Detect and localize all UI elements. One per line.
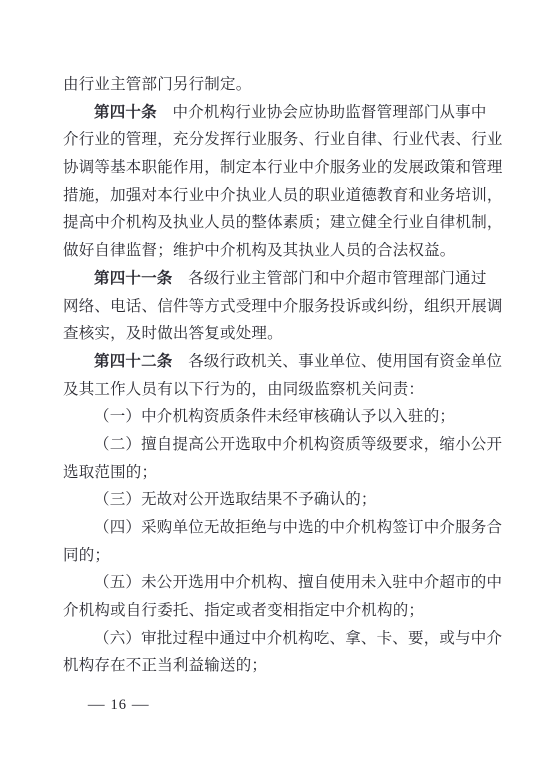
line-text: 网络、电话、信件等方式受理中介服务投诉或纠纷，组织开展调: [63, 298, 503, 315]
line-text: 介行业的管理，充分发挥行业服务、行业自律、行业代表、行业: [63, 131, 503, 148]
text-line: 第四十二条 各级行政机关、事业单位、使用国有资金单位: [63, 348, 503, 376]
text-line: 网络、电话、信件等方式受理中介服务投诉或纠纷，组织开展调: [63, 293, 503, 321]
text-line: （三）无故对公开选取结果不予确认的；: [63, 486, 503, 514]
line-text: 同的；: [63, 547, 110, 564]
text-line: 第四十一条 各级行业主管部门和中介超市管理部门通过: [63, 265, 503, 293]
text-line: 做好自律监督；维护中介机构及其执业人员的合法权益。: [63, 237, 503, 265]
text-line: 选取范围的；: [63, 459, 503, 487]
text-line: （五）未公开选用中介机构、擅自使用未入驻中介超市的中: [63, 569, 503, 597]
line-text: 机构存在不正当利益输送的；: [63, 657, 267, 674]
document-lines: 由行业主管部门另行制定。第四十条 中介机构行业协会应协助监督管理部门从事中介行业…: [63, 71, 503, 680]
text-line: 措施，加强对本行业中介执业人员的职业道德教育和业务培训，: [63, 182, 503, 210]
line-text: 介机构或自行委托、指定或者变相指定中介机构的；: [63, 602, 424, 619]
line-text: 做好自律监督；维护中介机构及其执业人员的合法权益。: [63, 242, 456, 259]
text-line: （四）采购单位无故拒绝与中选的中介机构签订中介服务合: [63, 514, 503, 542]
text-line: （二）擅自提高公开选取中介机构资质等级要求，缩小公开: [63, 431, 503, 459]
page-footer: —16—: [83, 697, 155, 714]
text-line: 介行业的管理，充分发挥行业服务、行业自律、行业代表、行业: [63, 126, 503, 154]
text-line: 提高中介机构及执业人员的整体素质；建立健全行业自律机制，: [63, 209, 503, 237]
text-line: 及其工作人员有以下行为的，由同级监察机关问责：: [63, 376, 503, 404]
text-line: （六）审批过程中通过中介机构吃、拿、卡、要，或与中介: [63, 625, 503, 653]
line-text: （一）中介机构资质条件未经审核确认予以入驻的；: [94, 408, 455, 425]
clause-number: 第四十二条: [94, 353, 173, 370]
line-text: 各级行政机关、事业单位、使用国有资金单位: [173, 353, 503, 370]
clause-number: 第四十一条: [94, 270, 173, 287]
text-line: 第四十条 中介机构行业协会应协助监督管理部门从事中: [63, 99, 503, 127]
text-line: 介机构或自行委托、指定或者变相指定中介机构的；: [63, 597, 503, 625]
text-line: （一）中介机构资质条件未经审核确认予以入驻的；: [63, 403, 503, 431]
text-line: 同的；: [63, 542, 503, 570]
line-text: （六）审批过程中通过中介机构吃、拿、卡、要，或与中介: [94, 630, 502, 647]
line-text: （二）擅自提高公开选取中介机构资质等级要求，缩小公开: [94, 436, 502, 453]
text-line: 协调等基本职能作用，制定本行业中介服务业的发展政策和管理: [63, 154, 503, 182]
line-text: 选取范围的；: [63, 464, 157, 481]
document-page: 由行业主管部门另行制定。第四十条 中介机构行业协会应协助监督管理部门从事中介行业…: [0, 0, 554, 778]
line-text: 及其工作人员有以下行为的，由同级监察机关问责：: [63, 381, 424, 398]
line-text: 措施，加强对本行业中介执业人员的职业道德教育和业务培训，: [63, 187, 503, 204]
line-text: 中介机构行业协会应协助监督管理部门从事中: [157, 104, 487, 121]
page-number: 16: [111, 697, 128, 713]
line-text: （四）采购单位无故拒绝与中选的中介机构签订中介服务合: [94, 519, 502, 536]
text-line: 查核实，及时做出答复或处理。: [63, 320, 503, 348]
text-line: 机构存在不正当利益输送的；: [63, 652, 503, 680]
line-text: （三）无故对公开选取结果不予确认的；: [94, 491, 377, 508]
text-line: 由行业主管部门另行制定。: [63, 71, 503, 99]
footer-right-dash: —: [132, 697, 150, 714]
line-text: 各级行业主管部门和中介超市管理部门通过: [173, 270, 487, 287]
line-text: 提高中介机构及执业人员的整体素质；建立健全行业自律机制，: [63, 214, 503, 231]
line-text: 协调等基本职能作用，制定本行业中介服务业的发展政策和管理: [63, 159, 503, 176]
line-text: 查核实，及时做出答复或处理。: [63, 325, 283, 342]
line-text: 由行业主管部门另行制定。: [63, 76, 251, 93]
line-text: （五）未公开选用中介机构、擅自使用未入驻中介超市的中: [94, 574, 502, 591]
footer-left-dash: —: [88, 697, 106, 714]
clause-number: 第四十条: [94, 104, 157, 121]
